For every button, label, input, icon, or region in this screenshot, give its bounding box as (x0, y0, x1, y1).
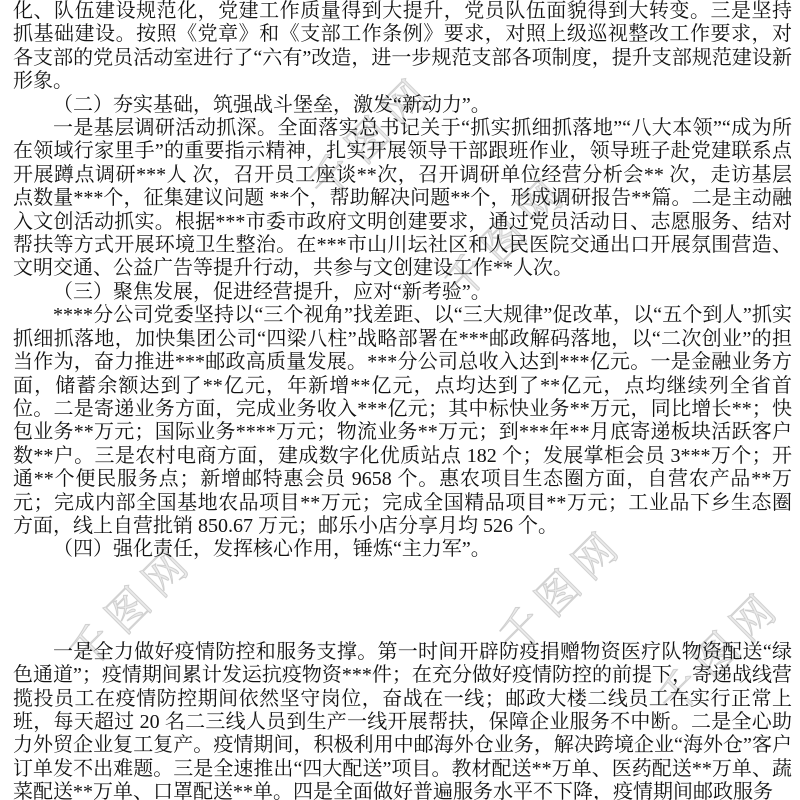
document-page: 化、队伍建设规范化，党建工作质量得到大提升，党员队伍面貌得到大转变。三是坚持抓基… (13, 0, 792, 800)
paragraph: ****分公司党委坚持以“三个视角”找差距、以“三大规律”促改革，以“五个到人”… (13, 304, 792, 538)
section-heading-3: （三）聚焦发展，促进经营提升，应对“新考验”。 (13, 281, 792, 304)
document-viewport: 千图网 千图网 千图网 千图网 千图网 化、队伍建设规范化，党建工作质量得到大提… (0, 0, 800, 800)
paragraph: 一是全力做好疫情防控和服务支撑。第一时间开辟防疫捐赠物资医疗队物资配送“绿色通道… (13, 641, 792, 800)
section-heading-4: （四）强化责任，发挥核心作用，锤炼“主力军”。 (13, 538, 792, 561)
paragraph: 一是基层调研活动抓深。全面落实总书记关于“抓实抓细抓落地”“八大本领”“成为所在… (13, 117, 792, 281)
section-heading-2: （二）夯实基础，筑强战斗堡垒，激发“新动力”。 (13, 94, 792, 117)
paragraph-continuation: 化、队伍建设规范化，党建工作质量得到大提升，党员队伍面貌得到大转变。三是坚持抓基… (13, 0, 792, 94)
